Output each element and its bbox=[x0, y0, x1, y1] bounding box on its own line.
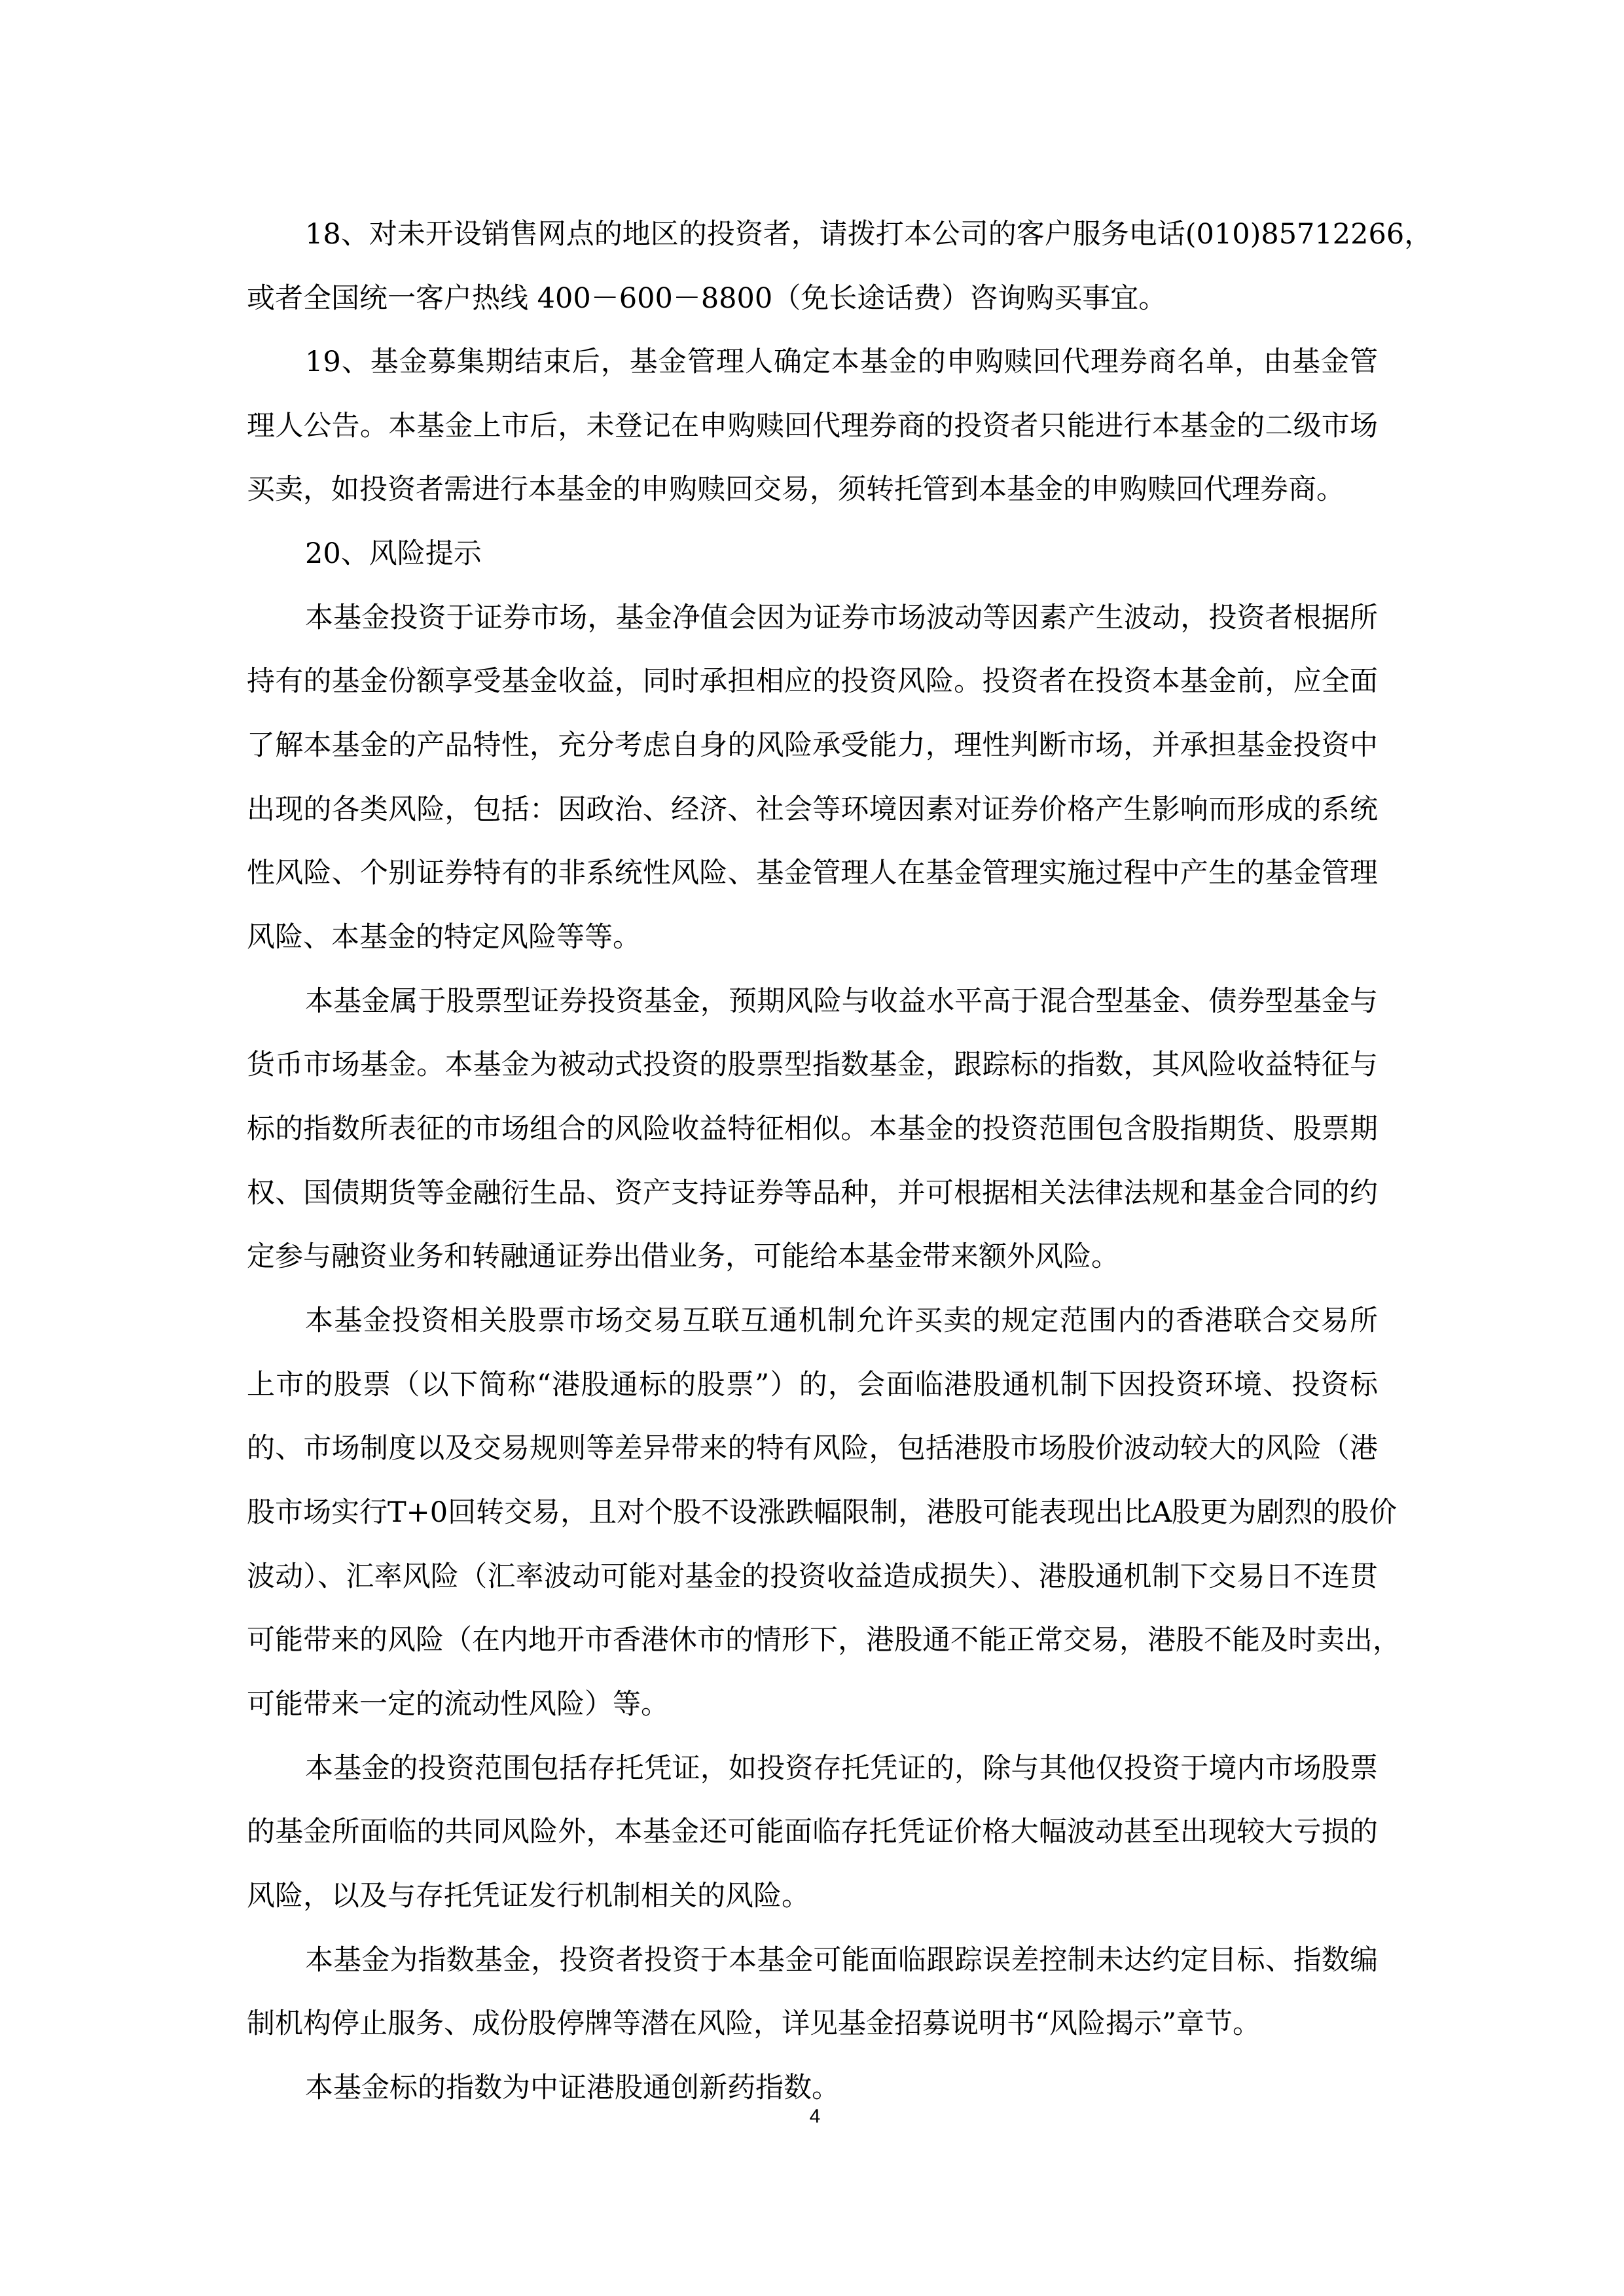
paragraph-18-line-1: 18、对未开设销售网点的地区的投资者，请拨打本公司的客户服务电话(010)857… bbox=[305, 215, 1378, 254]
page-number: 4 bbox=[802, 2104, 828, 2130]
risk-paragraph-2-line-2: 货币市场基金。本基金为被动式投资的股票型指数基金，跟踪标的指数，其风险收益特征与 bbox=[247, 1045, 1378, 1085]
document-page: 18、对未开设销售网点的地区的投资者，请拨打本公司的客户服务电话(010)857… bbox=[0, 0, 1624, 2296]
risk-paragraph-5-line-2: 制机构停止服务、成份股停牌等潜在风险，详见基金招募说明书“风险揭示”章节。 bbox=[247, 2004, 1378, 2043]
risk-paragraph-3-line-1: 本基金投资相关股票市场交易互联互通机制允许买卖的规定范围内的香港联合交易所 bbox=[305, 1301, 1378, 1340]
risk-paragraph-2-line-4: 权、国债期货等金融衍生品、资产支持证券等品种，并可根据相关法律法规和基金合同的约 bbox=[247, 1174, 1378, 1213]
risk-paragraph-1-line-1: 本基金投资于证券市场，基金净值会因为证券市场波动等因素产生波动，投资者根据所 bbox=[305, 598, 1378, 637]
risk-paragraph-6-line-1: 本基金标的指数为中证港股通创新药指数。 bbox=[305, 2068, 1378, 2108]
risk-paragraph-4-line-3: 风险，以及与存托凭证发行机制相关的风险。 bbox=[247, 1876, 1378, 1916]
paragraph-19-line-2: 理人公告。本基金上市后，未登记在申购赎回代理券商的投资者只能进行本基金的二级市场 bbox=[247, 406, 1378, 446]
risk-paragraph-3-line-2: 上市的股票（以下简称“港股通标的股票”）的，会面临港股通机制下因投资环境、投资标 bbox=[247, 1365, 1378, 1405]
risk-paragraph-4-line-2: 的基金所面临的共同风险外，本基金还可能面临存托凭证价格大幅波动甚至出现较大亏损的 bbox=[247, 1812, 1378, 1852]
risk-paragraph-2-line-1: 本基金属于股票型证券投资基金，预期风险与收益水平高于混合型基金、债券型基金与 bbox=[305, 982, 1378, 1021]
risk-paragraph-1-line-3: 了解本基金的产品特性，充分考虑自身的风险承受能力，理性判断市场，并承担基金投资中 bbox=[247, 726, 1378, 765]
risk-paragraph-3-line-3: 的、市场制度以及交易规则等差异带来的特有风险，包括港股市场股价波动较大的风险（港 bbox=[247, 1429, 1378, 1468]
paragraph-19-line-3: 买卖，如投资者需进行本基金的申购赎回交易，须转托管到本基金的申购赎回代理券商。 bbox=[247, 470, 1378, 509]
risk-paragraph-4-line-1: 本基金的投资范围包括存托凭证，如投资存托凭证的，除与其他仅投资于境内市场股票 bbox=[305, 1749, 1378, 1788]
risk-paragraph-2-line-5: 定参与融资业务和转融通证券出借业务，可能给本基金带来额外风险。 bbox=[247, 1237, 1378, 1276]
risk-paragraph-1-line-5: 性风险、个别证券特有的非系统性风险、基金管理人在基金管理实施过程中产生的基金管理 bbox=[247, 853, 1378, 893]
risk-paragraph-3-line-4: 股市场实行T+0回转交易，且对个股不设涨跌幅限制，港股可能表现出比A股更为剧烈的… bbox=[247, 1493, 1378, 1532]
risk-paragraph-2-line-3: 标的指数所表征的市场组合的风险收益特征相似。本基金的投资范围包含股指期货、股票期 bbox=[247, 1109, 1378, 1149]
risk-paragraph-5-line-1: 本基金为指数基金，投资者投资于本基金可能面临跟踪误差控制未达约定目标、指数编 bbox=[305, 1941, 1378, 1980]
risk-paragraph-1-line-6: 风险、本基金的特定风险等等。 bbox=[247, 918, 1378, 957]
risk-paragraph-1-line-4: 出现的各类风险，包括：因政治、经济、社会等环境因素对证券价格产生影响而形成的系统 bbox=[247, 790, 1378, 829]
paragraph-18-line-2: 或者全国统一客户热线 400－600－8800（免长途话费）咨询购买事宜。 bbox=[247, 279, 1378, 318]
risk-paragraph-3-line-6: 可能带来的风险（在内地开市香港休市的情形下，港股通不能正常交易，港股不能及时卖出… bbox=[247, 1621, 1378, 1660]
risk-paragraph-3-line-5: 波动）、汇率风险（汇率波动可能对基金的投资收益造成损失）、港股通机制下交易日不连… bbox=[247, 1557, 1378, 1596]
risk-paragraph-1-line-2: 持有的基金份额享受基金收益，同时承担相应的投资风险。投资者在投资本基金前，应全面 bbox=[247, 662, 1378, 701]
section-heading-risk-disclosure: 20、风险提示 bbox=[305, 534, 1378, 573]
risk-paragraph-3-line-7: 可能带来一定的流动性风险）等。 bbox=[247, 1685, 1378, 1724]
paragraph-19-line-1: 19、基金募集期结束后，基金管理人确定本基金的申购赎回代理券商名单，由基金管 bbox=[305, 342, 1378, 382]
